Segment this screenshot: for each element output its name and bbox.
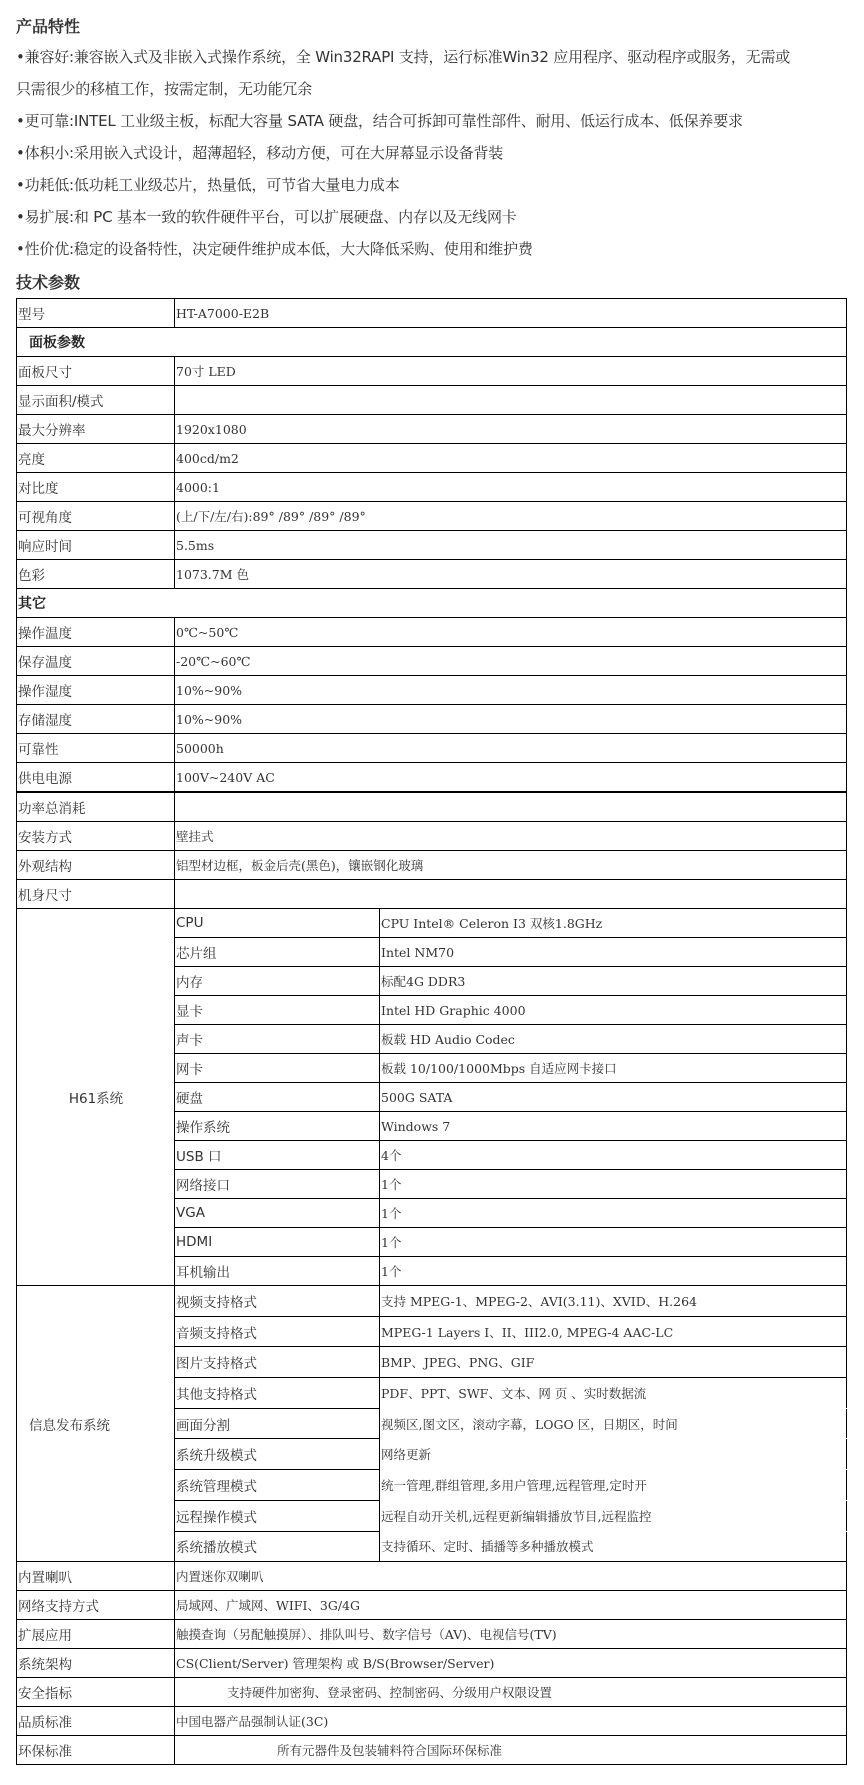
sub-label: 操作系统 bbox=[175, 1112, 380, 1141]
feature-line: •易扩展:和 PC 基本一致的软件硬件平台，可以扩展硬盘、内存以及无线网卡 bbox=[16, 206, 517, 227]
spec-value: -20℃~60℃ bbox=[175, 647, 847, 676]
sub-value: 1个 bbox=[380, 1199, 847, 1228]
table-row: 安装方式壁挂式 bbox=[17, 822, 847, 851]
sub-label: 网络接口 bbox=[175, 1170, 380, 1199]
spec-value: 4000:1 bbox=[175, 473, 847, 502]
table-row: H61系统CPUCPU Intel® Celeron I3 双核1.8GHz bbox=[17, 909, 847, 938]
spec-value: 壁挂式 bbox=[175, 822, 847, 851]
table-row: 面板尺寸70寸 LED bbox=[17, 357, 847, 386]
spec-value: 10%~90% bbox=[175, 676, 847, 705]
table-row: 亮度400cd/m2 bbox=[17, 444, 847, 473]
section-title: 面板参数 bbox=[17, 328, 847, 357]
table-row: 对比度4000:1 bbox=[17, 473, 847, 502]
spec-label: 扩展应用 bbox=[17, 1620, 175, 1649]
table-row: 环保标准所有元器件及包装辅料符合国际环保标准 bbox=[17, 1736, 847, 1765]
spec-label: 品质标准 bbox=[17, 1707, 175, 1736]
sub-label: 内存 bbox=[175, 967, 380, 996]
spec-value: 400cd/m2 bbox=[175, 444, 847, 473]
sub-value: 板载 10/100/1000Mbps 自适应网卡接口 bbox=[380, 1054, 847, 1083]
table-row: 响应时间5.5ms bbox=[17, 531, 847, 560]
sub-value: Intel NM70 bbox=[380, 938, 847, 967]
section-title: 其它 bbox=[17, 589, 847, 618]
table-row: 安全指标支持硬件加密狗、登录密码、控制密码、分级用户权限设置 bbox=[17, 1678, 847, 1707]
spec-label: 操作湿度 bbox=[17, 676, 175, 705]
sub-label: 显卡 bbox=[175, 996, 380, 1025]
table-row: 可视角度(上/下/左/右):89° /89° /89° /89° bbox=[17, 502, 847, 531]
spec-label: 可靠性 bbox=[17, 734, 175, 763]
spec-label: 对比度 bbox=[17, 473, 175, 502]
sub-value: 标配4G DDR3 bbox=[380, 967, 847, 996]
table-row: 功率总消耗 bbox=[17, 792, 847, 822]
feature-line: •兼容好:兼容嵌入式及非嵌入式操作系统，全 Win32RAPI 支持，运行标准W… bbox=[16, 46, 790, 67]
sub-value: 1个 bbox=[380, 1170, 847, 1199]
spec-value: (上/下/左/右):89° /89° /89° /89° bbox=[175, 502, 847, 531]
sub-label: 其他支持格式 bbox=[175, 1378, 380, 1409]
feature-line: •更可靠:INTEL 工业级主板，标配大容量 SATA 硬盘，结合可拆卸可靠性部… bbox=[16, 110, 743, 131]
spec-value: 中国电器产品强制认证(3C) bbox=[175, 1707, 847, 1736]
table-row: 内置喇叭内置迷你双喇叭 bbox=[17, 1562, 847, 1591]
table-row: 系统架构CS(Client/Server) 管理架构 或 B/S(Browser… bbox=[17, 1649, 847, 1678]
sub-label: 硬盘 bbox=[175, 1083, 380, 1112]
table-row: 型号HT-A7000-E2B bbox=[17, 299, 847, 328]
spec-value: HT-A7000-E2B bbox=[175, 299, 847, 328]
sub-label: 远程操作模式 bbox=[175, 1500, 380, 1531]
spec-value: 支持硬件加密狗、登录密码、控制密码、分级用户权限设置 bbox=[175, 1678, 847, 1707]
sub-label: 耳机输出 bbox=[175, 1257, 380, 1286]
feature-line: •功耗低:低功耗工业级芯片，热量低，可节省大量电力成本 bbox=[16, 174, 400, 195]
group-label-h61: H61系统 bbox=[17, 909, 175, 1286]
table-row: 供电电源100V~240V AC bbox=[17, 763, 847, 793]
table-row: 外观结构铝型材边框，板金后壳(黑色)，镶嵌钢化玻璃 bbox=[17, 851, 847, 880]
spec-value: CS(Client/Server) 管理架构 或 B/S(Browser/Ser… bbox=[175, 1649, 847, 1678]
spec-label: 型号 bbox=[17, 299, 175, 328]
group-label-info: 信息发布系统 bbox=[17, 1286, 175, 1562]
spec-label: 外观结构 bbox=[17, 851, 175, 880]
sub-label: 视频支持格式 bbox=[175, 1286, 380, 1317]
spec-label: 功率总消耗 bbox=[17, 792, 175, 822]
spec-value: 100V~240V AC bbox=[175, 763, 847, 793]
sub-value: 支持 MPEG-1、MPEG-2、AVI(3.11)、XVID、H.264 bbox=[380, 1286, 847, 1317]
spec-value: 70寸 LED bbox=[175, 357, 847, 386]
sub-label: 系统升级模式 bbox=[175, 1439, 380, 1470]
sub-label: 系统播放模式 bbox=[175, 1531, 380, 1562]
spec-table: 型号HT-A7000-E2B 面板参数 面板尺寸70寸 LED 显示面积/模式 … bbox=[16, 298, 847, 1765]
sub-value: 网络更新 bbox=[380, 1439, 847, 1470]
sub-value: PDF、PPT、SWF、文本、网 页 、实时数据流 bbox=[380, 1378, 847, 1409]
spec-label: 安全指标 bbox=[17, 1678, 175, 1707]
section-row: 面板参数 bbox=[17, 328, 847, 357]
spec-value: 所有元器件及包装辅料符合国际环保标准 bbox=[175, 1736, 847, 1765]
sub-label: USB 口 bbox=[175, 1141, 380, 1170]
table-row: 机身尺寸 bbox=[17, 880, 847, 909]
spec-label: 最大分辨率 bbox=[17, 415, 175, 444]
spec-value: 10%~90% bbox=[175, 705, 847, 734]
spec-value: 1920x1080 bbox=[175, 415, 847, 444]
spec-value: 0℃~50℃ bbox=[175, 618, 847, 647]
sub-value: 1个 bbox=[380, 1257, 847, 1286]
spec-value: 1073.7M 色 bbox=[175, 560, 847, 589]
feature-line: •体积小:采用嵌入式设计，超薄超轻，移动方便，可在大屏幕显示设备背装 bbox=[16, 142, 503, 163]
spec-value: 5.5ms bbox=[175, 531, 847, 560]
specs-heading: 技术参数 bbox=[16, 270, 80, 293]
table-row: 操作湿度10%~90% bbox=[17, 676, 847, 705]
table-row: 显示面积/模式 bbox=[17, 386, 847, 415]
table-row: 色彩1073.7M 色 bbox=[17, 560, 847, 589]
sub-label: 音频支持格式 bbox=[175, 1316, 380, 1347]
sub-label: 系统管理模式 bbox=[175, 1470, 380, 1501]
table-row: 信息发布系统视频支持格式支持 MPEG-1、MPEG-2、AVI(3.11)、X… bbox=[17, 1286, 847, 1317]
sub-value: 统一管理,群组管理,多用户管理,远程管理,定时开 bbox=[380, 1470, 847, 1501]
spec-label: 面板尺寸 bbox=[17, 357, 175, 386]
spec-label: 响应时间 bbox=[17, 531, 175, 560]
spec-label: 色彩 bbox=[17, 560, 175, 589]
spec-label: 操作温度 bbox=[17, 618, 175, 647]
sub-value: 1个 bbox=[380, 1228, 847, 1257]
spec-label: 环保标准 bbox=[17, 1736, 175, 1765]
sub-value: BMP、JPEG、PNG、GIF bbox=[380, 1347, 847, 1378]
table-row: 网络支持方式局域网、广域网、WIFI、3G/4G bbox=[17, 1591, 847, 1620]
spec-value: 50000h bbox=[175, 734, 847, 763]
table-row: 保存温度-20℃~60℃ bbox=[17, 647, 847, 676]
table-row: 可靠性50000h bbox=[17, 734, 847, 763]
spec-label: 显示面积/模式 bbox=[17, 386, 175, 415]
spec-label: 安装方式 bbox=[17, 822, 175, 851]
spec-value bbox=[175, 386, 847, 415]
spec-value: 触摸查询（另配触摸屏）、排队叫号、数字信号（AV)、电视信号(TV) bbox=[175, 1620, 847, 1649]
spec-label: 保存温度 bbox=[17, 647, 175, 676]
feature-line: 只需很少的移植工作，按需定制，无功能冗余 bbox=[16, 78, 312, 99]
sub-value: 板载 HD Audio Codec bbox=[380, 1025, 847, 1054]
sub-value: CPU Intel® Celeron I3 双核1.8GHz bbox=[380, 909, 847, 938]
spec-value: 局域网、广域网、WIFI、3G/4G bbox=[175, 1591, 847, 1620]
table-row: 品质标准中国电器产品强制认证(3C) bbox=[17, 1707, 847, 1736]
spec-label: 系统架构 bbox=[17, 1649, 175, 1678]
sub-value: 远程自动开关机,远程更新编辑播放节目,远程监控 bbox=[380, 1500, 847, 1531]
sub-value: 支持循环、定时、插播等多种播放模式 bbox=[380, 1531, 847, 1562]
spec-label: 亮度 bbox=[17, 444, 175, 473]
sub-label: 网卡 bbox=[175, 1054, 380, 1083]
spec-label: 网络支持方式 bbox=[17, 1591, 175, 1620]
spec-label: 供电电源 bbox=[17, 763, 175, 793]
section-row: 其它 bbox=[17, 589, 847, 618]
feature-line: •性价优:稳定的设备特性，决定硬件维护成本低，大大降低采购、使用和维护费 bbox=[16, 238, 533, 259]
spec-value: 内置迷你双喇叭 bbox=[175, 1562, 847, 1591]
features-heading: 产品特性 bbox=[16, 14, 80, 37]
sub-value: 4个 bbox=[380, 1141, 847, 1170]
sub-value: 500G SATA bbox=[380, 1083, 847, 1112]
sub-value: 视频区,图文区，滚动字幕，LOGO 区，日期区，时间 bbox=[380, 1408, 847, 1439]
sub-label: 芯片组 bbox=[175, 938, 380, 967]
spec-label: 内置喇叭 bbox=[17, 1562, 175, 1591]
sub-value: Intel HD Graphic 4000 bbox=[380, 996, 847, 1025]
sub-label: 画面分割 bbox=[175, 1408, 380, 1439]
spec-label: 机身尺寸 bbox=[17, 880, 175, 909]
sub-value: MPEG-1 Layers I、II、III2.0, MPEG-4 AAC-LC bbox=[380, 1316, 847, 1347]
spec-value bbox=[175, 792, 847, 822]
table-row: 操作温度0℃~50℃ bbox=[17, 618, 847, 647]
spec-label: 存储湿度 bbox=[17, 705, 175, 734]
sub-label: CPU bbox=[175, 909, 380, 938]
sub-label: 声卡 bbox=[175, 1025, 380, 1054]
table-row: 最大分辨率1920x1080 bbox=[17, 415, 847, 444]
sub-label: 图片支持格式 bbox=[175, 1347, 380, 1378]
table-row: 扩展应用触摸查询（另配触摸屏）、排队叫号、数字信号（AV)、电视信号(TV) bbox=[17, 1620, 847, 1649]
sub-label: HDMI bbox=[175, 1228, 380, 1257]
spec-value: 铝型材边框，板金后壳(黑色)，镶嵌钢化玻璃 bbox=[175, 851, 847, 880]
spec-label: 可视角度 bbox=[17, 502, 175, 531]
sub-value: Windows 7 bbox=[380, 1112, 847, 1141]
table-row: 存储湿度10%~90% bbox=[17, 705, 847, 734]
sub-label: VGA bbox=[175, 1199, 380, 1228]
spec-value bbox=[175, 880, 847, 909]
